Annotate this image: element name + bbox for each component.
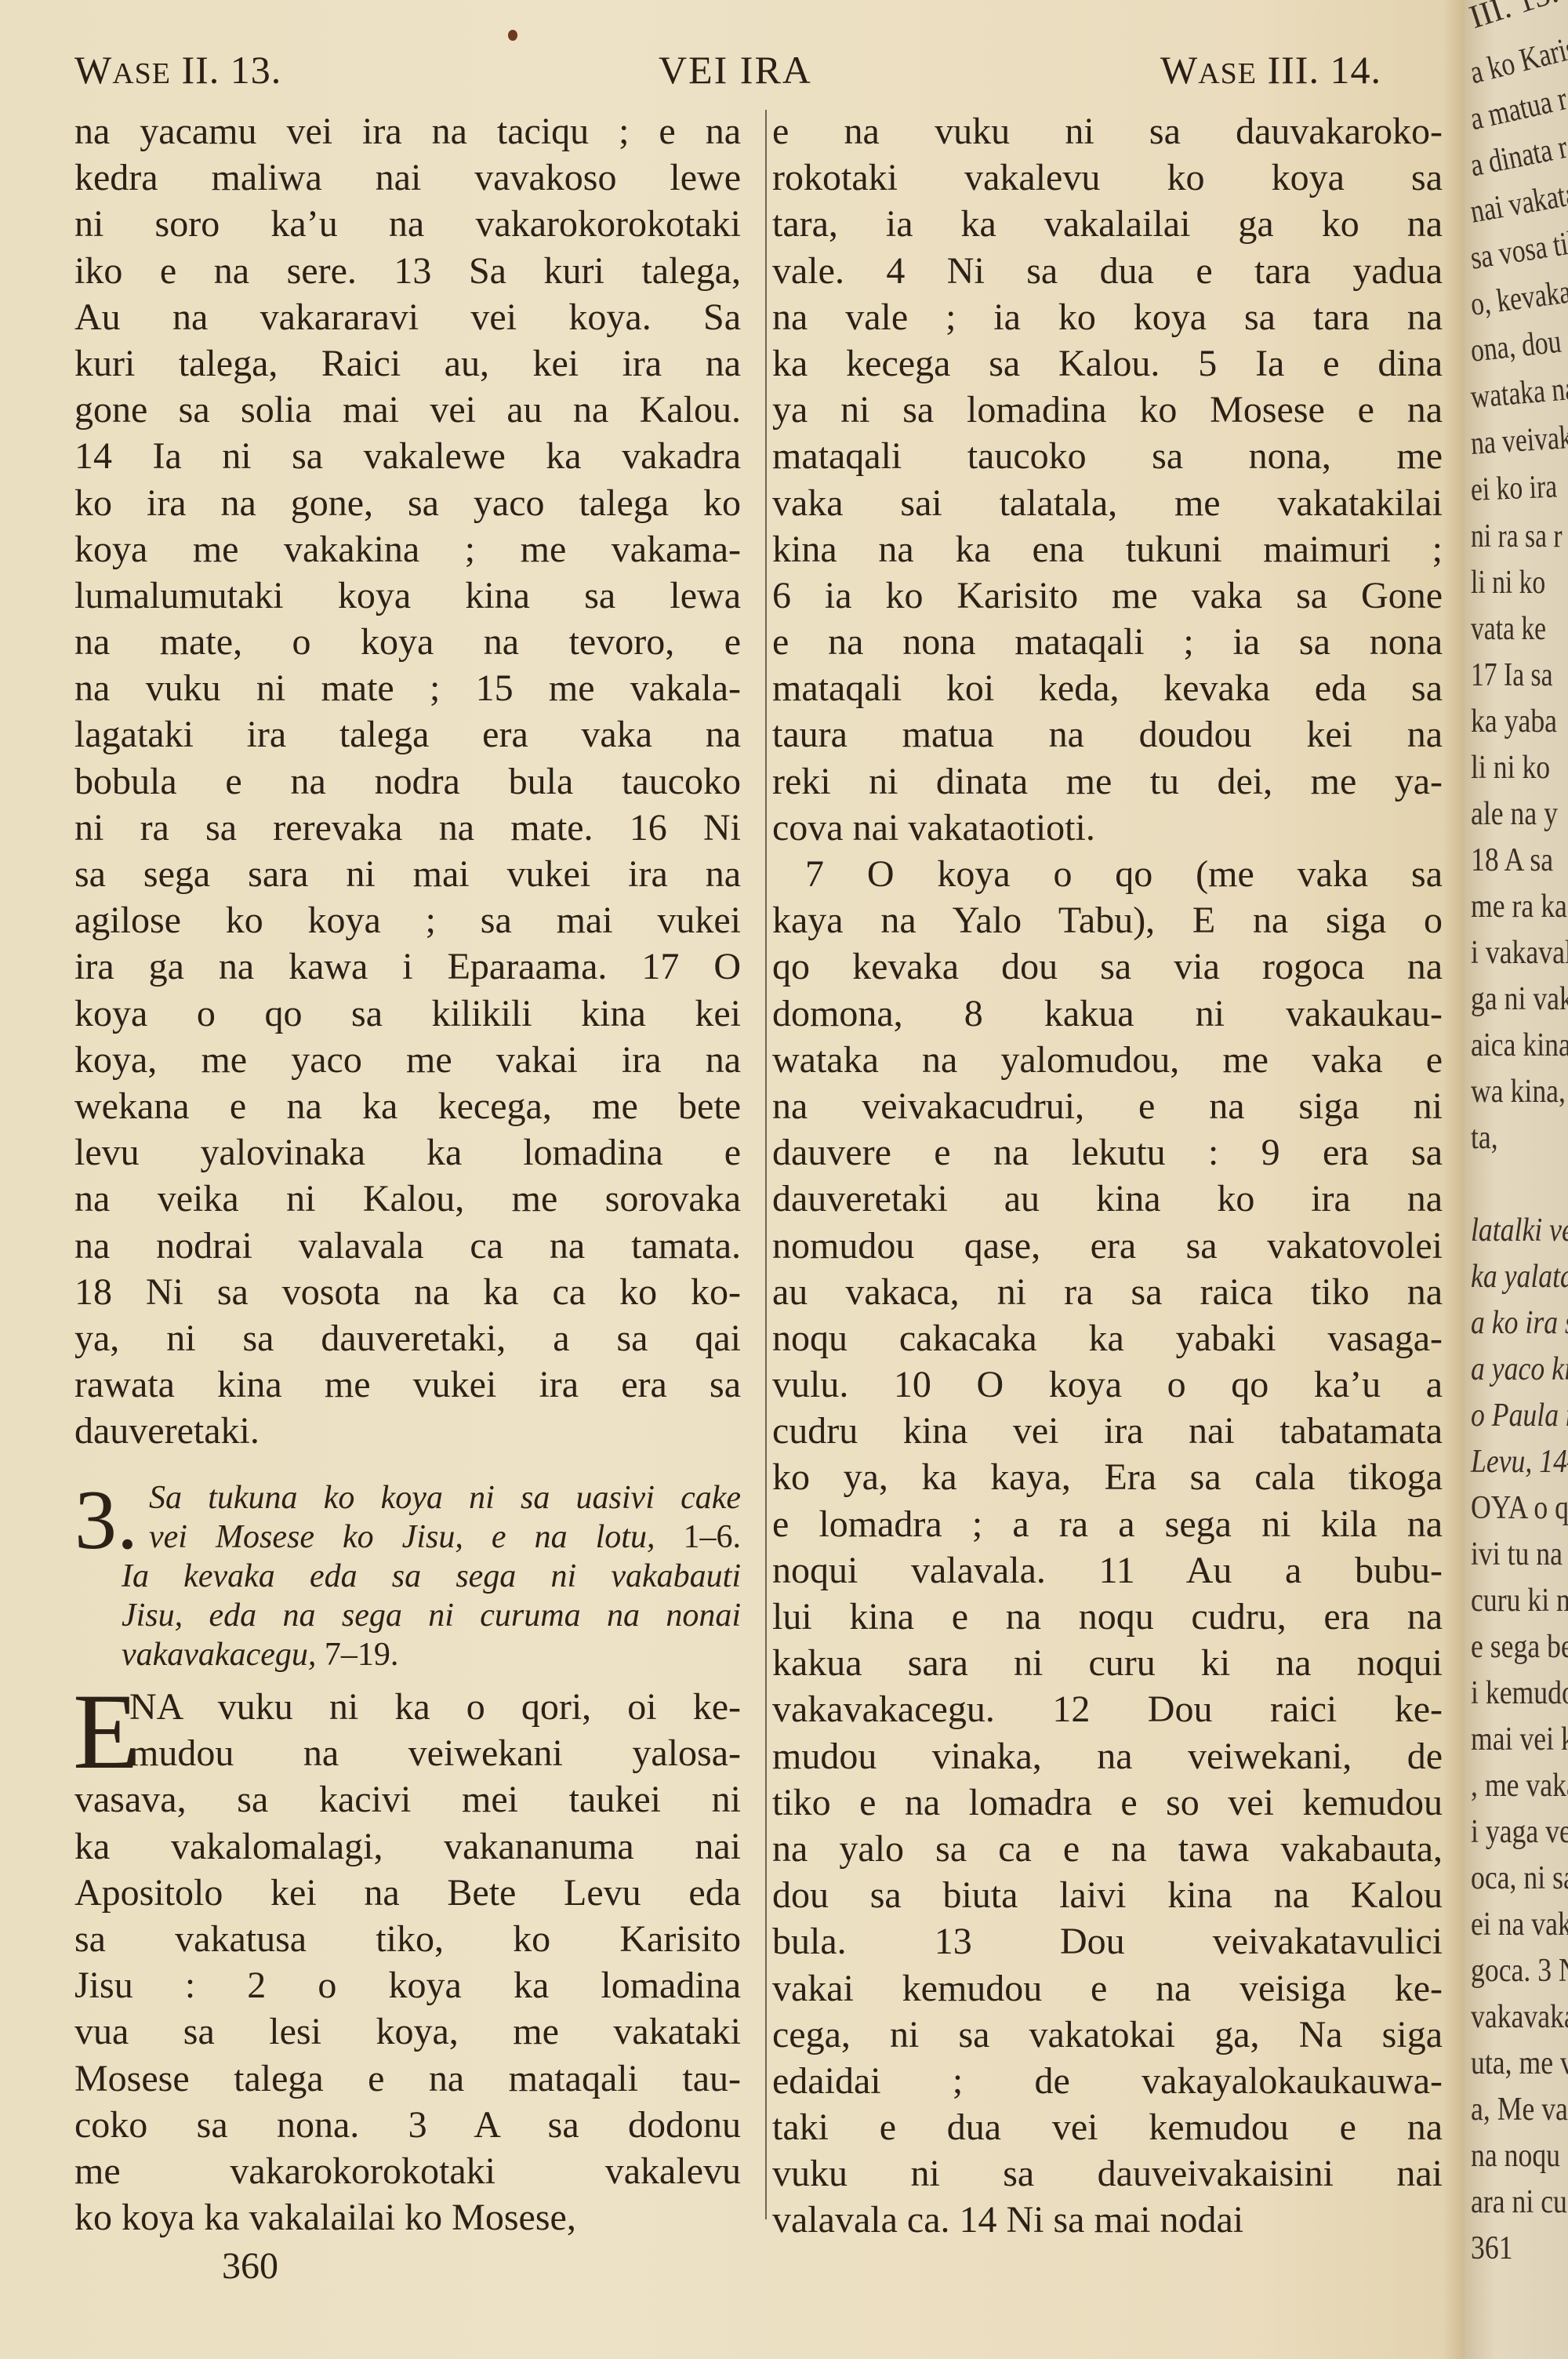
text-line: vakai kemudou e na veisiga ke-	[772, 1965, 1443, 2012]
text-line: kina na ka ena tukuni maimuri ;	[772, 526, 1443, 572]
facing-text-line: li ni ko	[1471, 564, 1545, 602]
facing-text-line: 361	[1471, 2230, 1513, 2267]
chapter-number: 3.	[74, 1481, 138, 1560]
facing-text-line: i vakaval	[1471, 934, 1568, 972]
running-head-left: WASE II. 13.	[74, 47, 281, 93]
text-line: ka vakalomalagi, vakananuma nai	[74, 1823, 741, 1870]
text-line: dauveretaki au kina ko ira na	[772, 1176, 1443, 1222]
text-line: bobula e na nodra bula taucoko	[74, 758, 741, 805]
text-line: rokotaki vakalevu ko koya sa	[772, 154, 1443, 201]
facing-text-line: ka yaba	[1471, 703, 1557, 740]
text-line: na yalo sa ca e na tawa vakabauta,	[772, 1826, 1443, 1872]
gutter-shadow	[1443, 0, 1466, 2359]
text-line: dauveretaki.	[74, 1408, 741, 1454]
text-line: cega, ni sa vakatokai ga, Na siga	[772, 2012, 1443, 2058]
facing-text-line: ni ra sa r	[1471, 518, 1563, 555]
facing-text-line: aica kina,	[1471, 1027, 1568, 1064]
text-line: e na vuku ni sa dauvakaroko-	[772, 108, 1443, 154]
text-line: domona, 8 kakua ni vakaukau-	[772, 990, 1443, 1037]
facing-text-line: ei na vaka	[1471, 1906, 1568, 1943]
text-line: nomudou qase, era sa vakatovolei	[772, 1223, 1443, 1269]
text-line: Jisu : 2 o koya ka lomadina	[74, 1962, 741, 2008]
facing-text-line: vata ke	[1471, 610, 1546, 648]
facing-text-line: ei ko ira	[1470, 468, 1558, 509]
text-line: edaidai ; de vakayalokaukauwa-	[772, 2058, 1443, 2104]
text-line: ko koya ka vakalailai ko Mosese,	[74, 2194, 741, 2241]
text-line: na nodrai valavala ca na tamata.	[74, 1223, 741, 1269]
text-line: ya, ni sa dauveretaki, a sa qai	[74, 1315, 741, 1361]
text-line: tara, ia ka vakalailai ga ko na	[772, 201, 1443, 247]
facing-text-line: wa kina, r	[1471, 1073, 1568, 1110]
text-line: mudou na veiwekani yalosa-	[74, 1730, 741, 1776]
facing-text-line: ga ni vak	[1471, 980, 1568, 1018]
text-line: noqu cakacaka ka yabaki vasaga-	[772, 1315, 1443, 1361]
text-line: reki ni dinata me tu dei, me ya-	[772, 758, 1443, 805]
text-line: agilose ko koya ; sa mai vukei	[74, 897, 741, 943]
text-line: tiko e na lomadra e so vei kemudou	[772, 1779, 1443, 1826]
facing-text-line: ara ni cu	[1471, 2183, 1567, 2221]
facing-text-line: na noqu	[1471, 2137, 1560, 2175]
facing-text-line: na veivaka	[1469, 418, 1568, 463]
text-line: mudou vinaka, na veiwekani, de	[772, 1733, 1443, 1779]
text-line: bula. 13 Dou veivakatavulici	[772, 1918, 1443, 1965]
text-line: taki e dua vei kemudou e na	[772, 2104, 1443, 2150]
text-line: 7 O koya o qo (me vaka sa	[772, 851, 1443, 897]
text-line: ko ya, ka kaya, Era sa cala tikoga	[772, 1454, 1443, 1500]
facing-text-line: OYA o qo	[1471, 1489, 1568, 1527]
text-line: kaya na Yalo Tabu), E na siga o	[772, 897, 1443, 943]
text-line: ko ira na gone, sa yaco talega ko	[74, 480, 741, 526]
facing-text-line: me ra ka	[1471, 888, 1567, 925]
facing-text-line: oca, ni sa	[1471, 1859, 1568, 1897]
text-line: NA vuku ni ka o qori, oi ke-	[74, 1684, 741, 1730]
facing-text-line: uta, me va	[1471, 2045, 1568, 2082]
text-line: wataka na yalomudou, me vaka e	[772, 1037, 1443, 1083]
ink-spot	[508, 30, 517, 41]
drop-cap: E	[73, 1688, 139, 1775]
chapter-body: E NA vuku ni ka o qori, oi ke-mudou na v…	[74, 1684, 741, 2241]
text-line: koya, me yaco me vakai ira na	[74, 1037, 741, 1083]
text-line: ka kecega sa Kalou. 5 Ia e dina	[772, 340, 1443, 387]
text-line: vulu. 10 O koya o qo ka’u a	[772, 1361, 1443, 1408]
book-page-360: WASE II. 13. VEI IRA WASE III. 14. na ya…	[0, 0, 1465, 2359]
facing-text-line: i kemudou	[1471, 1674, 1568, 1712]
facing-text-line: sa vosa tiko	[1468, 221, 1568, 278]
facing-text-line: wataka na	[1469, 370, 1568, 416]
text-line: iko e na sere. 13 Sa kuri talega,	[74, 248, 741, 294]
facing-page-fragment: III. 15.a ko Karisa matua ra dinata rnai…	[1465, 0, 1568, 2359]
left-column: na yacamu vei ira na taciqu ; e nakedra …	[74, 108, 741, 1454]
text-line: valavala ca. 14 Ni sa mai nodai	[772, 2197, 1443, 2243]
text-line: Au na vakararavi vei koya. Sa	[74, 294, 741, 340]
text-line: dou sa biuta laivi kina na Kalou	[772, 1872, 1443, 1918]
text-line: kedra maliwa nai vavakoso lewe	[74, 154, 741, 201]
facing-text-line: ka yalatak	[1471, 1258, 1568, 1296]
text-line: vaka sai talatala, me vakatakilai	[772, 480, 1443, 526]
text-line: Apositolo kei na Bete Levu eda	[74, 1870, 741, 1916]
facing-text-line: goca. 3 N	[1471, 1952, 1568, 1990]
text-line: 18 Ni sa vosota na ka ca ko ko-	[74, 1269, 741, 1315]
facing-text-line: curu ki na	[1471, 1582, 1568, 1619]
text-line: cova nai vakataotioti.	[772, 805, 1443, 851]
text-line: na mate, o koya na tevoro, e	[74, 619, 741, 665]
text-line: mataqali taucoko sa nona, me	[772, 433, 1443, 479]
text-line: kuri talega, Raici au, kei ira na	[74, 340, 741, 387]
text-line: coko sa nona. 3 A sa dodonu	[74, 2102, 741, 2148]
text-line: au vakaca, ni ra sa raica tiko na	[772, 1269, 1443, 1315]
text-line: koya me vakakina ; me vakama-	[74, 526, 741, 572]
text-line: qo kevaka dou sa via rogoca na	[772, 943, 1443, 990]
facing-text-line: , me vaka	[1471, 1767, 1568, 1805]
facing-text-line: ta,	[1471, 1119, 1498, 1157]
text-line: na yacamu vei ira na taciqu ; e na	[74, 108, 741, 154]
facing-text-line: a ko ira sa	[1471, 1304, 1568, 1342]
right-column: e na vuku ni sa dauvakaroko-rokotaki vak…	[772, 108, 1443, 2244]
text-line: 14 Ia ni sa vakalewe ka vakadra	[74, 433, 741, 479]
facing-text-line: ivi tu na v	[1471, 1536, 1568, 1573]
facing-text-line: a, Me vak	[1471, 2091, 1568, 2128]
facing-text-line: 17 Ia sa	[1471, 656, 1553, 694]
facing-text-line: o Paula na	[1471, 1397, 1568, 1434]
summary-line: Jisu, eda na sega ni curuma na nonai	[74, 1596, 741, 1635]
text-line: dauvere e na lekutu : 9 era sa	[772, 1129, 1443, 1176]
text-line: e lomadra ; a ra a sega ni kila na	[772, 1501, 1443, 1547]
summary-line: vei Mosese ko Jisu, e na lotu, 1–6.	[74, 1518, 741, 1557]
text-line: ya ni sa lomadina ko Mosese e na	[772, 387, 1443, 433]
text-line: e na nona mataqali ; ia sa nona	[772, 619, 1443, 665]
summary-line: Ia kevaka eda sa sega ni vakabauti	[74, 1557, 741, 1596]
text-line: lui kina e na noqu cudru, era na	[772, 1594, 1443, 1640]
chapter-summary: 3. Sa tukuna ko koya ni sa uasivi cake v…	[74, 1478, 741, 1674]
text-line: vakavakacegu. 12 Dou raici ke-	[772, 1686, 1443, 1732]
text-line: sa sega sara ni mai vukei ira na	[74, 851, 741, 897]
text-line: gone sa solia mai vei au na Kalou.	[74, 387, 741, 433]
text-line: kakua sara ni curu ki na noqui	[772, 1640, 1443, 1686]
facing-text-line: mai vei ke	[1471, 1721, 1568, 1758]
text-line: taura matua na doudou kei na	[772, 711, 1443, 758]
text-line: rawata kina me vukei ira era sa	[74, 1361, 741, 1408]
facing-text-line: ona, dou qa	[1468, 319, 1568, 370]
facing-text-line: e sega bel	[1471, 1628, 1568, 1666]
facing-text-line: vakavakac	[1471, 1998, 1568, 2036]
text-line: lagataki ira talega era vaka na	[74, 711, 741, 758]
summary-line: Sa tukuna ko koya ni sa uasivi cake	[74, 1478, 741, 1518]
facing-text-line: 18 A sa	[1471, 841, 1553, 879]
facing-text-line: ale na y	[1471, 795, 1558, 833]
text-line: na vuku ni mate ; 15 me vakala-	[74, 665, 741, 711]
facing-text-line: i yaga vei	[1471, 1813, 1568, 1851]
text-line: vasava, sa kacivi mei taukei ni	[74, 1776, 741, 1823]
summary-line: vakavakacegu, 7–19.	[74, 1635, 741, 1674]
text-line: Mosese talega e na mataqali tau-	[74, 2055, 741, 2102]
text-line: na veivakacudrui, e na siga ni	[772, 1083, 1443, 1129]
facing-text-line: o, kevaka d	[1468, 271, 1568, 324]
text-line: sa vakatusa tiko, ko Karisito	[74, 1916, 741, 1962]
facing-header-fragment: III. 15.	[1465, 0, 1563, 37]
facing-text-line: li ni ko	[1471, 749, 1550, 787]
page-number: 360	[222, 2245, 278, 2288]
text-line: noqui valavala. 11 Au a bubu-	[772, 1547, 1443, 1594]
text-line: vuku ni sa dauveivakaisini nai	[772, 2150, 1443, 2197]
text-line: ni ra sa rerevaka na mate. 16 Ni	[74, 805, 741, 851]
text-line: na veika ni Kalou, me sorovaka	[74, 1176, 741, 1222]
text-line: levu yalovinaka ka lomadina e	[74, 1129, 741, 1176]
running-head-title: VEI IRA	[659, 47, 812, 93]
text-line: ni soro ka’u na vakarokorokotaki	[74, 201, 741, 247]
facing-text-line: latalki vei P	[1471, 1212, 1568, 1249]
facing-text-line: a dinata r	[1467, 129, 1568, 185]
text-line: vale. 4 Ni sa dua e tara yadua	[772, 248, 1443, 294]
text-line: wekana e na ka kecega, me bete	[74, 1083, 741, 1129]
text-line: vua sa lesi koya, me vakataki	[74, 2008, 741, 2055]
text-line: me vakarokorokotaki vakalevu	[74, 2148, 741, 2194]
text-line: na vale ; ia ko koya sa tara na	[772, 294, 1443, 340]
facing-text-line: a yaco kina	[1471, 1350, 1568, 1388]
running-head-right: WASE III. 14.	[1160, 47, 1381, 93]
text-line: ira ga na kawa i Eparaama. 17 O	[74, 943, 741, 990]
text-line: koya o qo sa kilikili kina kei	[74, 990, 741, 1037]
text-line: cudru kina vei ira nai tabatamata	[772, 1408, 1443, 1454]
running-head: WASE II. 13. VEI IRA WASE III. 14.	[0, 47, 1465, 94]
text-line: 6 ia ko Karisito me vaka sa Gone	[772, 572, 1443, 619]
text-line: mataqali koi keda, kevaka eda sa	[772, 665, 1443, 711]
text-line: lumalumutaki koya kina sa lewa	[74, 572, 741, 619]
facing-text-line: nai vakata	[1468, 175, 1568, 231]
column-divider	[765, 110, 767, 2219]
facing-text-line: Levu, 14–16.	[1471, 1443, 1568, 1481]
